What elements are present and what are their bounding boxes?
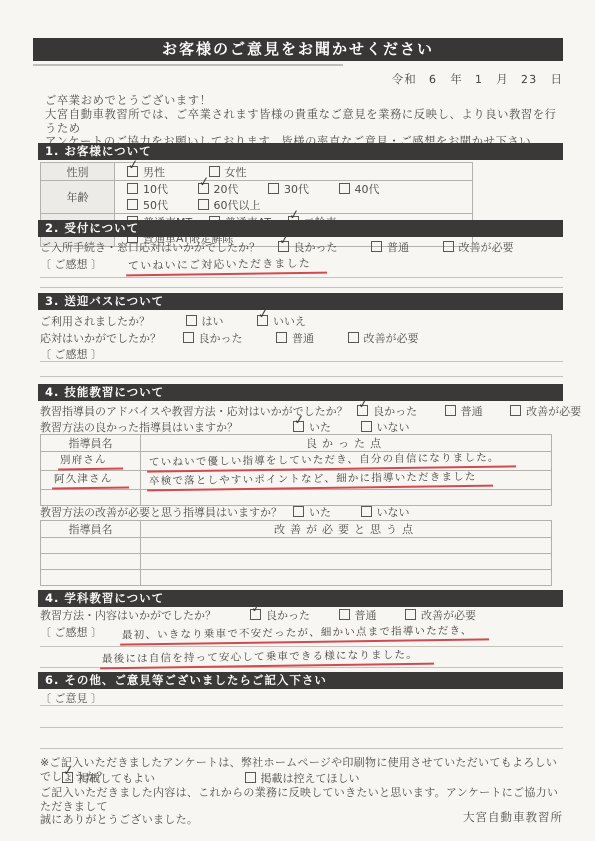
academic-comment-row-1: 〔 ご感想 〕 最初、いきなり乗車で不安だったが、細かい点まで指導いただき、 [40, 624, 563, 647]
bus-service-question-line: 応対はいかがでしたか？ 良かった 普通 改善が必要 [40, 331, 449, 346]
option-label: 改善が必要 [459, 241, 514, 254]
check-mark: ✓ [62, 764, 75, 778]
comment-label: 〔 ご意見 〕 [40, 692, 102, 705]
table-row [41, 490, 552, 506]
checkbox-instructor-no[interactable] [361, 421, 372, 432]
checkbox-female[interactable] [209, 166, 220, 177]
improve-instructor-question-line: 教習方法の改善が必要と思う指導員はいますか？ いた いない [40, 505, 563, 520]
checkbox-improve-instructor-yes[interactable] [293, 506, 304, 517]
option-reception-good: ✓良かった [278, 240, 338, 255]
column-header-improve-point: 改善が必要と思う点 [141, 521, 552, 538]
handwritten-comment: ていねいにご対応いただきました [125, 255, 326, 277]
row-label-age: 年齢 [41, 181, 115, 214]
bus-used-question-line: ご利用されましたか？ はい ✓いいえ [40, 314, 336, 329]
option-label: 良かった [199, 332, 243, 345]
checkbox-bus-good[interactable] [183, 332, 194, 343]
option-label: いた [309, 421, 331, 434]
section-heading-customer: 1. お客様について [38, 143, 563, 160]
option-label: 良かった [294, 241, 338, 254]
question-text: ご入所手続き・窓口応対はいかがでしたか？ [40, 241, 260, 254]
scan-artifact [33, 64, 343, 66]
checkbox-bus-no[interactable]: ✓ [257, 315, 268, 326]
writing-line [40, 376, 563, 377]
column-header-instructor: 指導員名 [41, 435, 141, 452]
checkbox-academic-normal[interactable] [339, 609, 350, 620]
section-heading-other: 6. その他、ご意見等ございましたらご記入下さい [38, 672, 563, 689]
option-bus-improve: 改善が必要 [348, 331, 419, 346]
option-label: 50代 [143, 199, 168, 212]
option-label: 良かった [373, 405, 417, 418]
checkbox-academic-improve[interactable] [405, 609, 416, 620]
table-row-age: 年齢 10代 ✓20代 30代 40代 50代 60代以上 [41, 181, 473, 214]
comment-label: 〔 ご感想 〕 [40, 258, 102, 271]
option-label: いない [377, 421, 410, 434]
options-group: ✓良かった 普通 改善が必要 [250, 608, 476, 623]
check-mark: ✓ [278, 233, 291, 247]
intro-line-2: 大宮自動車教習所では、ご卒業されます皆様の貴重なご意見を業務に反映し、より良い教… [45, 108, 565, 136]
checkbox-skill-normal[interactable] [445, 405, 456, 416]
table-row-gender: 性別 ✓男性 女性 [41, 163, 473, 181]
date-day-value: 23 [521, 73, 538, 86]
option-label: 掲載は控えてほしい [261, 772, 360, 785]
option-skill-improve: 改善が必要 [510, 404, 581, 419]
question-text: 応対はいかがでしたか？ [40, 332, 161, 345]
option-academic-normal: 普通 [339, 608, 377, 623]
checkbox-improve-instructor-no[interactable] [361, 506, 372, 517]
option-age-60s: 60代以上 [198, 197, 261, 213]
option-label: 改善が必要 [526, 405, 581, 418]
skill-advice-question-line: 教習指導員のアドバイスや教習方法・応対はいかがでしたか？ ✓良かった 普通 改善… [40, 404, 581, 419]
option-age-10s: 10代 [127, 181, 168, 197]
option-label: 掲載してもよい [78, 772, 155, 785]
question-text: 教習方法の改善が必要と思う指導員はいますか？ [40, 506, 282, 519]
checkbox-academic-good[interactable]: ✓ [250, 609, 261, 620]
publish-options-line: ✓掲載してもよい 掲載は控えてほしい [62, 771, 360, 786]
option-skill-good: ✓良かった [357, 404, 417, 419]
check-mark: ✓ [127, 158, 140, 172]
option-instructor-yes: ✓いた [293, 420, 331, 435]
checkbox-publish-no[interactable] [245, 772, 256, 783]
option-label: 60代以上 [214, 199, 261, 212]
row-label-gender: 性別 [41, 163, 115, 181]
option-label: いた [309, 506, 331, 519]
table-header-row: 指導員名 良かった点 [41, 435, 552, 452]
options-group: いた いない [293, 505, 410, 520]
handwritten-comment: 最初、いきなり乗車で不安だったが、細かい点まで指導いただき、 [119, 622, 488, 645]
check-mark: ✓ [198, 175, 211, 189]
option-label: 20代 [214, 183, 239, 196]
survey-form-page: お客様のご意見をお聞かせください 令和 6 年 1 月 23 日 ご卒業おめでと… [0, 0, 595, 841]
option-label: 女性 [225, 166, 247, 179]
checkbox-age-40s[interactable] [339, 183, 350, 194]
checkbox-reception-normal[interactable] [371, 241, 382, 252]
option-reception-improve: 改善が必要 [443, 240, 514, 255]
option-improve-instructor-yes: いた [293, 505, 331, 520]
checkbox-age-50s[interactable] [127, 199, 138, 210]
bus-comment-row: 〔 ご感想 〕 [40, 346, 563, 362]
option-instructor-no: いない [361, 420, 410, 435]
table-row [41, 570, 552, 586]
option-improve-instructor-no: いない [361, 505, 410, 520]
date-era: 令和 [392, 72, 417, 86]
option-label: いない [377, 506, 410, 519]
check-mark: ✓ [257, 307, 270, 321]
academic-comment-row-2: 最後には自信を持って安心して乗車できる様になりました。 [40, 649, 563, 668]
company-name: 大宮自動車教習所 [0, 809, 563, 825]
table-row: 別府さん ていねいで優しい指導をしていただき、自分の自信になりました。 [41, 452, 552, 471]
other-comment-row: 〔 ご意見 〕 [40, 690, 563, 706]
table-header-row: 指導員名 改善が必要と思う点 [41, 521, 552, 538]
intro-line-1: ご卒業おめでとうございます！ [45, 94, 565, 108]
option-label: 男性 [143, 166, 165, 179]
question-text: 教習方法・内容はいかがでしたか？ [40, 609, 216, 622]
checkbox-bus-normal[interactable] [276, 332, 287, 343]
table-row [41, 538, 552, 554]
checkbox-skill-improve[interactable] [510, 405, 521, 416]
date-line: 令和 6 年 1 月 23 日 [0, 71, 563, 87]
option-publish-ok: ✓掲載してもよい [62, 771, 155, 786]
check-mark: ✓ [357, 397, 370, 411]
option-bus-normal: 普通 [276, 331, 314, 346]
option-bus-yes: はい [186, 314, 224, 329]
option-skill-normal: 普通 [445, 404, 483, 419]
good-instructor-question-line: 教習方法の良かった指導員はいますか？ ✓いた いない [40, 420, 563, 435]
date-month-value: 1 [475, 73, 483, 86]
column-header-instructor: 指導員名 [41, 521, 141, 538]
option-age-20s: ✓20代 [198, 181, 239, 197]
option-age-40s: 40代 [339, 181, 380, 197]
comment-label: 〔 ご感想 〕 [40, 348, 102, 361]
option-label: いいえ [273, 315, 306, 328]
option-male: ✓男性 [127, 164, 165, 180]
check-mark: ✓ [293, 413, 306, 427]
option-label: 普通 [461, 405, 483, 418]
option-label: 普通 [292, 332, 314, 345]
options-group: ✓いた いない [293, 420, 410, 435]
date-year-unit: 年 [450, 72, 463, 86]
section-heading-academic-training: 4. 学科教習について [38, 590, 563, 607]
checkbox-age-60s[interactable] [198, 199, 209, 210]
option-bus-no: ✓いいえ [257, 314, 306, 329]
handwritten-instructor-name: 阿久津さん [52, 470, 129, 489]
option-label: 良かった [266, 609, 310, 622]
option-label: 改善が必要 [421, 609, 476, 622]
section-heading-skill-training: 4. 技能教習について [38, 384, 563, 401]
option-academic-improve: 改善が必要 [405, 608, 476, 623]
option-bus-good: 良かった [183, 331, 243, 346]
checkbox-skill-good[interactable]: ✓ [357, 405, 368, 416]
date-year-value: 6 [429, 73, 437, 86]
checkbox-bus-yes[interactable] [186, 315, 197, 326]
intro-paragraph: ご卒業おめでとうございます！ 大宮自動車教習所では、ご卒業されます皆様の貴重なご… [45, 94, 565, 149]
option-female: 女性 [209, 164, 247, 180]
date-month-unit: 月 [496, 72, 509, 86]
question-text: ご利用されましたか？ [40, 315, 150, 328]
option-label: 30代 [284, 183, 309, 196]
check-mark: ✓ [250, 601, 263, 615]
handwritten-comment: 最後には自信を持って安心して乗車できる様になりました。 [100, 647, 434, 670]
option-label: はい [202, 315, 224, 328]
checkbox-reception-good[interactable]: ✓ [278, 241, 289, 252]
option-publish-no: 掲載は控えてほしい [245, 771, 360, 786]
table-row [41, 554, 552, 570]
academic-question-line: 教習方法・内容はいかがでしたか？ ✓良かった 普通 改善が必要 [40, 608, 563, 623]
checkbox-publish-ok[interactable]: ✓ [62, 772, 73, 783]
checkbox-age-10s[interactable] [127, 183, 138, 194]
option-academic-good: ✓良かった [250, 608, 310, 623]
checkbox-age-30s[interactable] [268, 183, 279, 194]
section-heading-reception: 2. 受付について [38, 220, 563, 237]
date-day-unit: 日 [551, 72, 564, 86]
checkbox-age-20s[interactable]: ✓ [198, 183, 209, 194]
reception-comment-row: 〔 ご感想 〕 ていねいにご対応いただきました [40, 256, 563, 278]
writing-line [40, 748, 563, 749]
checkbox-reception-improve[interactable] [443, 241, 454, 252]
option-age-50s: 50代 [127, 197, 168, 213]
checkbox-bus-improve[interactable] [348, 332, 359, 343]
question-text: 教習方法の良かった指導員はいますか？ [40, 421, 238, 434]
handwritten-good-point: 卒検で落としやすいポイントなど、細かに指導いただきました [147, 469, 493, 492]
option-age-30s: 30代 [268, 181, 309, 197]
checkbox-instructor-yes[interactable]: ✓ [293, 421, 304, 432]
option-label: 普通 [387, 241, 409, 254]
comment-label: 〔 ご感想 〕 [40, 626, 102, 639]
checkbox-male[interactable]: ✓ [127, 166, 138, 177]
option-label: 10代 [143, 183, 168, 196]
reception-question-line: ご入所手続き・窓口応対はいかがでしたか？ ✓良かった 普通 改善が必要 [40, 240, 544, 255]
good-instructor-table: 指導員名 良かった点 別府さん ていねいで優しい指導をしていただき、自分の自信に… [40, 434, 552, 506]
option-label: 普通 [355, 609, 377, 622]
option-label: 改善が必要 [364, 332, 419, 345]
page-title: お客様のご意見をお聞かせください [33, 38, 563, 61]
handwritten-instructor-name: 別府さん [58, 452, 123, 471]
improve-instructor-table: 指導員名 改善が必要と思う点 [40, 520, 552, 586]
writing-line [40, 727, 563, 728]
table-row: 阿久津さん 卒検で落としやすいポイントなど、細かに指導いただきました [41, 471, 552, 490]
option-label: 40代 [355, 183, 380, 196]
option-reception-normal: 普通 [371, 240, 409, 255]
section-heading-shuttle-bus: 3. 送迎バスについて [38, 293, 563, 310]
writing-line [40, 287, 563, 288]
